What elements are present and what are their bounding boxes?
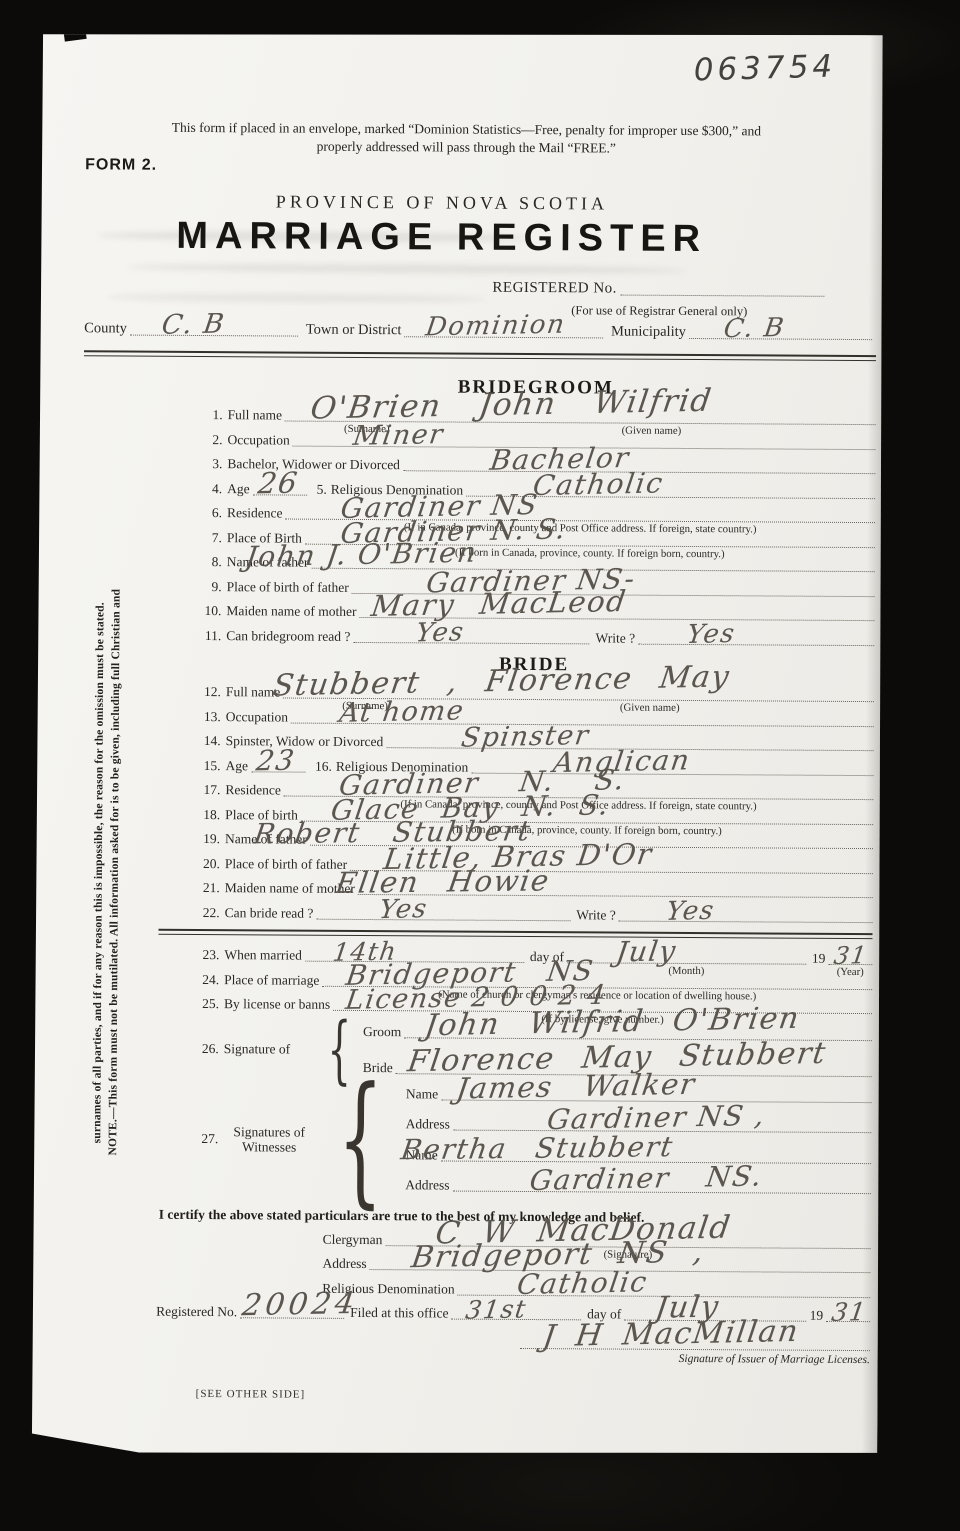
year-prefix: 19 <box>806 1308 827 1324</box>
write-label: Write ? <box>570 907 619 923</box>
handwritten-value: Stubbert , Florence May <box>271 662 732 701</box>
handwritten-value: 20024 <box>240 1289 360 1321</box>
handwritten-value: 23 <box>254 746 297 775</box>
field-label: When married <box>224 947 305 963</box>
groom-label: Groom <box>363 1024 404 1040</box>
witness2-address-row: Address Gardiner NS. <box>405 1178 871 1197</box>
field-label: Place of birth of father <box>227 579 352 596</box>
handwritten-value: O'Brien John Wilfrid <box>309 386 715 425</box>
field-number: 16. <box>305 758 336 774</box>
field-number: 24. <box>192 971 224 987</box>
handwritten-value: At home <box>338 697 466 726</box>
year-prefix: 19 <box>806 951 829 967</box>
name-label: Name <box>406 1086 441 1102</box>
mailing-notice-line2: properly addressed will pass through the… <box>317 138 616 155</box>
dotted-line: C. B <box>689 338 872 340</box>
dotted-line: 31 <box>826 1321 870 1322</box>
field-number: 21. <box>193 880 225 896</box>
registered-no-label: Registered No. <box>156 1304 240 1321</box>
handwritten-value: 31st <box>464 1296 528 1322</box>
field-number: 9. <box>195 578 227 594</box>
field-number: 2. <box>195 431 227 447</box>
register-form-page: 063754 This form if placed in an envelop… <box>29 30 886 1457</box>
handwritten-value: Ellen Howie <box>334 866 552 897</box>
field-number: 19. <box>193 831 225 847</box>
field-label: Can bride read ? <box>225 905 317 922</box>
registered-no-label: REGISTERED No. <box>492 280 620 298</box>
field-label: Residence <box>227 505 286 521</box>
clergyman-denomination-row: Religious Denomination Catholic <box>322 1280 870 1299</box>
brace-glyph: { <box>337 1068 383 1210</box>
dotted-line: 26 <box>253 494 307 495</box>
field-row-12: 12. Full name Stubbert , Florence May (S… <box>194 684 874 704</box>
clergyman-label: Clergyman <box>323 1231 386 1247</box>
handwritten-value: Catholic <box>515 1268 649 1299</box>
witness-rows: Name James Walker Address Gardiner NS , … <box>405 1086 871 1197</box>
field-row-27: 27. Signatures of Witnesses { Name James… <box>191 1082 872 1198</box>
dotted-line: Dominion <box>404 336 603 338</box>
handwritten-value: 26 <box>256 468 300 498</box>
handwritten-value: Yes <box>664 897 716 924</box>
municipality-value-handwritten: C. B <box>722 315 786 342</box>
mailing-notice-line1: This form if placed in an envelope, mark… <box>172 120 761 139</box>
handwritten-value: Yes <box>415 619 467 646</box>
dotted-line: Yes <box>316 918 570 921</box>
field-label: Full name <box>228 407 285 423</box>
handwritten-value: Gardiner NS. <box>528 1163 765 1196</box>
province-heading: PROVINCE OF NOVA SCOTIA <box>37 190 847 216</box>
field-number: 5. <box>307 481 331 497</box>
field-label: Signatures of Witnesses <box>223 1124 315 1155</box>
field-row-10: 10. Maiden name of mother Mary MacLeod <box>194 603 874 623</box>
address-label: Address <box>322 1256 369 1272</box>
dotted-line: J H MacMillan <box>520 1348 870 1351</box>
field-number: 1. <box>196 407 228 423</box>
handwritten-value: July <box>615 937 679 966</box>
handwritten-value: Miner <box>351 421 445 450</box>
town-label: Town or District <box>298 322 405 340</box>
handwritten-signature: J H MacMillan <box>541 1317 801 1352</box>
scanned-document-background: { "scan": { "serial_number": "063754" },… <box>0 0 960 1531</box>
field-number: 3. <box>195 456 227 472</box>
address-label: Address <box>406 1116 453 1132</box>
form-number-label: FORM 2. <box>85 156 157 174</box>
dotted-line: Yes <box>619 920 873 923</box>
field-label: Age <box>227 481 253 497</box>
handwritten-value: 31 <box>832 943 869 968</box>
field-label: Occupation <box>227 432 292 448</box>
field-number: 4. <box>195 480 227 496</box>
field-label: Spinster, Widow or Divorced <box>226 733 387 750</box>
county-value-handwritten: C. B <box>160 311 227 339</box>
field-number: 22. <box>193 904 225 920</box>
handwritten-value: Yes <box>377 896 429 923</box>
registered-no-field: REGISTERED No. <box>492 280 824 299</box>
double-rule <box>158 929 872 939</box>
field-number: 11. <box>194 627 226 643</box>
field-label: By license or banns <box>224 996 333 1013</box>
handwritten-value: 31 <box>830 1299 868 1325</box>
dotted-line: Gardiner NS. <box>453 1191 871 1195</box>
dotted-line: 31 (Year) <box>828 964 872 965</box>
field-label: Bachelor, Widower or Divorced <box>227 456 403 473</box>
field-label: Occupation <box>226 709 291 725</box>
write-label: Write ? <box>590 630 639 646</box>
side-note: NOTE.—This form must not be mutilated. A… <box>89 518 125 1226</box>
field-number: 15. <box>193 757 225 773</box>
town-value-handwritten: Dominion <box>424 312 567 341</box>
field-row-21: 21. Maiden name of mother Ellen Howie <box>193 880 873 900</box>
handwritten-signature: John Wilfrid O'Brien <box>423 1003 802 1040</box>
address-label: Address <box>405 1178 452 1194</box>
double-rule <box>84 350 876 361</box>
dotted-line: C. B <box>130 335 298 337</box>
field-label: Can bridegroom read ? <box>226 628 353 645</box>
field-number: 12. <box>194 684 226 700</box>
field-number: 8. <box>195 554 227 570</box>
handwritten-signature: Bertha Stubbert <box>399 1133 675 1164</box>
field-number: 14. <box>194 733 226 749</box>
dotted-line: 20024 <box>240 1317 344 1319</box>
field-number: 6. <box>195 505 227 521</box>
field-number: 7. <box>195 529 227 545</box>
mailing-notice: This form if placed in an envelope, mark… <box>101 118 831 157</box>
field-number: 10. <box>194 603 226 619</box>
field-label: Place of marriage <box>224 972 322 989</box>
paper-notch <box>63 27 86 42</box>
handwritten-value: Catholic <box>532 469 666 500</box>
field-number: 27. <box>191 1130 223 1146</box>
witnesses-label-line1: Signatures of <box>233 1124 305 1139</box>
field-label: Residence <box>225 782 284 798</box>
dotted-line: Ellen Howie <box>358 894 873 898</box>
dotted-line: 23 <box>251 771 305 772</box>
bleed-through-text <box>127 263 687 275</box>
county-label: County <box>84 320 130 337</box>
filed-label: Filed at this office <box>344 1305 451 1322</box>
location-row: County C. B Town or District Dominion Mu… <box>84 320 872 342</box>
municipality-label: Municipality <box>603 323 689 341</box>
witnesses-label-line2: Witnesses <box>242 1139 296 1154</box>
field-row-22: 22. Can bride read ? Yes Write ? Yes <box>193 904 873 924</box>
page-title: MARRIAGE REGISTER <box>37 214 847 262</box>
handwritten-value: Mary MacLeod <box>370 587 629 621</box>
dotted-line: July (Month) <box>567 962 806 964</box>
field-label: Age <box>225 758 251 774</box>
field-number: 26. <box>192 1040 224 1056</box>
field-number: 17. <box>193 782 225 798</box>
field-row-1: 1. Full name O'Brien John Wilfrid (Surna… <box>196 407 876 427</box>
field-row-11: 11. Can bridegroom read ? Yes Write ? Ye… <box>194 627 874 647</box>
bleed-through-text <box>106 292 486 303</box>
field-number: 25. <box>192 996 224 1012</box>
handwritten-serial-number: 063754 <box>693 48 836 88</box>
field-number: 13. <box>194 708 226 724</box>
see-other-side-note: [SEE OTHER SIDE] <box>196 1388 870 1404</box>
field-number: 20. <box>193 855 225 871</box>
field-number: 18. <box>193 806 225 822</box>
field-number: 23. <box>192 947 224 963</box>
handwritten-value: Yes <box>685 621 737 648</box>
issuer-signature-block: J H MacMillan Signature of Issuer of Mar… <box>520 1348 870 1366</box>
handwritten-signature: James Walker <box>454 1069 697 1103</box>
form-body: BRIDEGROOM 1. Full name O'Brien John Wil… <box>190 375 876 1404</box>
issuer-caption: Signature of Issuer of Marriage Licenses… <box>520 1352 870 1366</box>
field-label: Place of birth of father <box>225 856 350 873</box>
field-label: Signature of <box>224 1041 316 1057</box>
dotted-line: Yes <box>353 641 589 643</box>
field-label: Maiden name of mother <box>226 603 359 620</box>
dotted-line: Yes <box>638 643 874 645</box>
dotted-line <box>620 295 825 297</box>
